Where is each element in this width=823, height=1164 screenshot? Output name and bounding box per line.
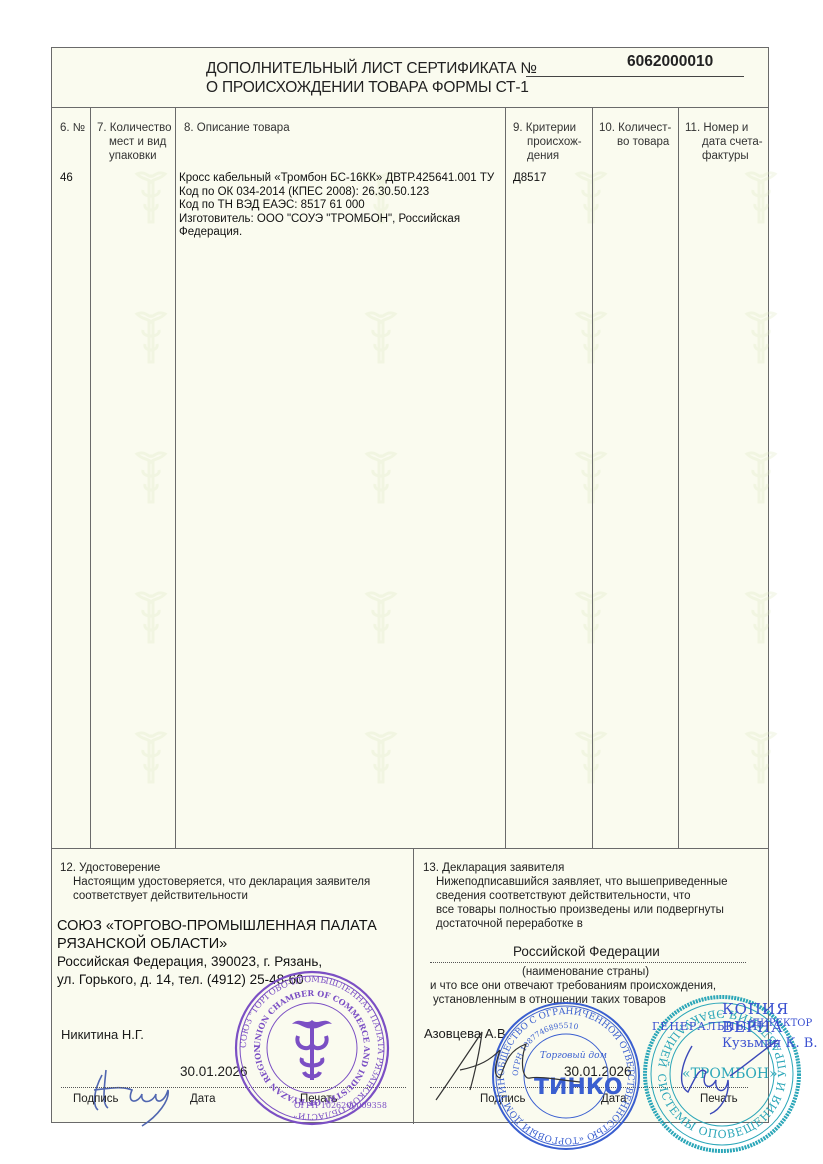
col-header-invoice: 11. Номер и дата счета- фактуры bbox=[685, 121, 763, 163]
certificate-number-underline bbox=[526, 76, 744, 77]
watermark-emblem-icon bbox=[571, 168, 611, 228]
col-divider bbox=[505, 107, 506, 848]
country-line bbox=[430, 962, 746, 963]
svg-text:ОГРН 1026200009358: ОГРН 1026200009358 bbox=[294, 1101, 387, 1110]
table-bottom-divider bbox=[52, 848, 768, 849]
watermark-emblem-icon bbox=[571, 448, 611, 508]
col-divider bbox=[678, 107, 679, 848]
certification-section: 12. Удостоверение Настоящим удостоверяет… bbox=[60, 861, 370, 903]
signature-azovtseva bbox=[430, 1020, 590, 1110]
watermark-emblem-icon bbox=[131, 728, 171, 788]
row-description: Кросс кабельный «Тромбон БС-16КК» ДВТР.4… bbox=[179, 172, 494, 240]
col-header-packages: 7. Количество мест и вид упаковки bbox=[97, 121, 172, 163]
watermark-emblem-icon bbox=[571, 728, 611, 788]
watermark-emblem-icon bbox=[361, 448, 401, 508]
watermark-emblem-icon bbox=[361, 728, 401, 788]
certification-signer-name: Никитина Н.Г. bbox=[61, 1027, 144, 1042]
label-signature: Подпись bbox=[73, 1093, 119, 1105]
certification-heading: 12. Удостоверение bbox=[60, 861, 370, 875]
watermark-emblem-icon bbox=[741, 728, 781, 788]
watermark-emblem-icon bbox=[571, 588, 611, 648]
watermark-emblem-icon bbox=[131, 168, 171, 228]
title-line-2: О ПРОИСХОЖДЕНИИ ТОВАРА ФОРМЫ СТ-1 bbox=[206, 79, 529, 97]
certificate-number: 6062000010 bbox=[627, 53, 713, 71]
col-header-quantity: 10. Количест- во товара bbox=[599, 121, 671, 149]
col-header-description: 8. Описание товара bbox=[184, 121, 290, 135]
declaration-heading: 13. Декларация заявителя bbox=[423, 861, 727, 875]
watermark-emblem-icon bbox=[131, 308, 171, 368]
title-line-1: ДОПОЛНИТЕЛЬНЫЙ ЛИСТ СЕРТИФИКАТА № bbox=[206, 60, 537, 78]
row-origin-criteria: Д8517 bbox=[513, 172, 546, 186]
label-date: Дата bbox=[190, 1093, 215, 1105]
col-divider bbox=[175, 107, 176, 848]
watermark-emblem-icon bbox=[741, 588, 781, 648]
watermark-emblem-icon bbox=[131, 448, 171, 508]
copy-stamp-title-2: ДИРЕКТОР bbox=[752, 1018, 812, 1029]
watermark-emblem-icon bbox=[741, 168, 781, 228]
country-caption: (наименование страны) bbox=[522, 966, 649, 978]
watermark-emblem-icon bbox=[361, 308, 401, 368]
watermark-emblem-icon bbox=[741, 448, 781, 508]
col-header-origin-criteria: 9. Критерии происхож- дения bbox=[513, 121, 582, 163]
watermark-emblem-icon bbox=[571, 308, 611, 368]
declaration-country: Российской Федерации bbox=[513, 944, 660, 959]
col-divider bbox=[90, 107, 91, 848]
header-divider bbox=[52, 107, 768, 108]
watermark-emblem-icon bbox=[361, 588, 401, 648]
declaration-section: 13. Декларация заявителя Нижеподписавший… bbox=[423, 861, 727, 931]
row-number: 46 bbox=[60, 172, 73, 186]
tpp-ryazan-seal: СОЮЗ "ТОРГОВО-ПРОМЫШЛЕННАЯ ПАЛАТА РЯЗАНС… bbox=[232, 968, 392, 1128]
watermark-emblem-icon bbox=[131, 588, 171, 648]
watermark-emblem-icon bbox=[741, 308, 781, 368]
section-divider bbox=[413, 848, 414, 1124]
certificate-supplementary-sheet: ДОПОЛНИТЕЛЬНЫЙ ЛИСТ СЕРТИФИКАТА № 606200… bbox=[51, 47, 769, 1123]
col-divider bbox=[592, 107, 593, 848]
copy-stamp-title: ГЕНЕРАЛЬНЫЙ bbox=[652, 1020, 758, 1033]
signature-kuzmin bbox=[670, 1036, 780, 1116]
col-header-number: 6. № bbox=[60, 121, 85, 135]
